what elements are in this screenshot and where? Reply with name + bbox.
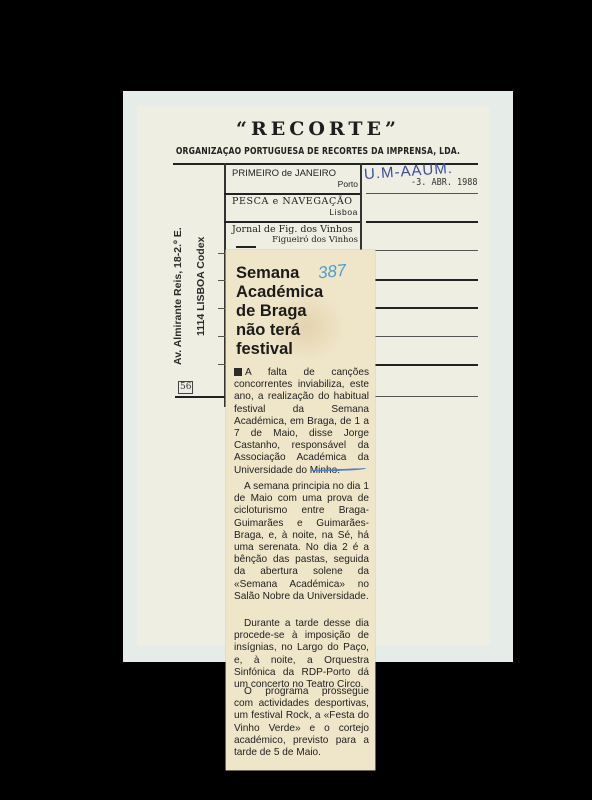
entry-line: [375, 336, 478, 337]
headline-line: não terá: [236, 321, 323, 340]
pub-row-rule: [224, 193, 360, 195]
headline-line: de Braga: [236, 302, 323, 321]
column-divider-right: [360, 163, 362, 263]
headline-line: Semana: [236, 264, 323, 283]
address-line-2: 1114 LISBOA Codex: [195, 237, 207, 336]
paragraph-text: A semana principia no dia 1 de Maio com …: [234, 481, 369, 602]
row-tick: [218, 336, 226, 337]
paragraph-text: A falta de canções concorrentes inviabil…: [234, 367, 369, 476]
article-paragraph: A falta de canções concorrentes inviabil…: [234, 367, 369, 477]
publication-entry: PRIMEIRO de JANEIRO Porto: [232, 168, 358, 189]
newspaper-clipping: Semana Académica de Braga não terá festi…: [226, 250, 375, 770]
publication-name: PRIMEIRO de JANEIRO: [232, 168, 358, 179]
paragraph-text: Durante a tarde desse dia procede-se à i…: [234, 618, 369, 690]
publication-city: Lisboa: [232, 207, 358, 217]
brand-title: “RECORTE”: [123, 118, 513, 140]
entry-line: [366, 193, 478, 194]
publication-city: Porto: [232, 179, 358, 189]
pub-row-rule: [224, 221, 360, 223]
publication-entry: PESCA e NAVEGAÇÃO Lisboa: [232, 196, 358, 217]
publication-city: Figueiró dos Vinhos: [232, 235, 358, 245]
address-line-1: Av. Almirante Reis, 18-2.º E.: [172, 227, 184, 365]
row-tick: [218, 253, 226, 254]
row-tick: [218, 308, 226, 309]
address-rule: [175, 396, 225, 398]
row-tick: [218, 280, 226, 281]
date-stamp: -3. ABR. 1988: [411, 177, 478, 188]
box-number: 56: [178, 381, 193, 394]
organization-name: ORGANIZAÇÃO PORTUGUESA DE RECORTES DA IM…: [158, 146, 478, 157]
square-bullet-icon: [234, 368, 242, 376]
article-paragraph: Durante a tarde desse dia procede-se à i…: [234, 618, 369, 691]
publication-name: Jornal de Fig. dos Vinhos: [232, 224, 358, 235]
strike-rule: [236, 246, 256, 248]
entry-line: [375, 279, 478, 281]
entry-line: [366, 250, 478, 251]
entry-line: [375, 364, 478, 366]
headline-line: Académica: [236, 283, 323, 302]
article-paragraph: A semana principia no dia 1 de Maio com …: [234, 481, 369, 603]
article-paragraph: O programa prossegue com actividades des…: [234, 686, 369, 759]
headline-line: festival: [236, 340, 323, 359]
entry-line: [375, 396, 478, 397]
entry-line: [375, 307, 478, 309]
entry-line: [366, 221, 478, 223]
publication-name: PESCA e NAVEGAÇÃO: [232, 196, 358, 207]
handwritten-number: 387: [317, 261, 347, 284]
publication-entry: Jornal de Fig. dos Vinhos Figueiró dos V…: [232, 224, 358, 245]
row-tick: [218, 364, 226, 365]
paragraph-text: O programa prossegue com actividades des…: [234, 686, 369, 758]
headline: Semana Académica de Braga não terá festi…: [236, 264, 323, 359]
